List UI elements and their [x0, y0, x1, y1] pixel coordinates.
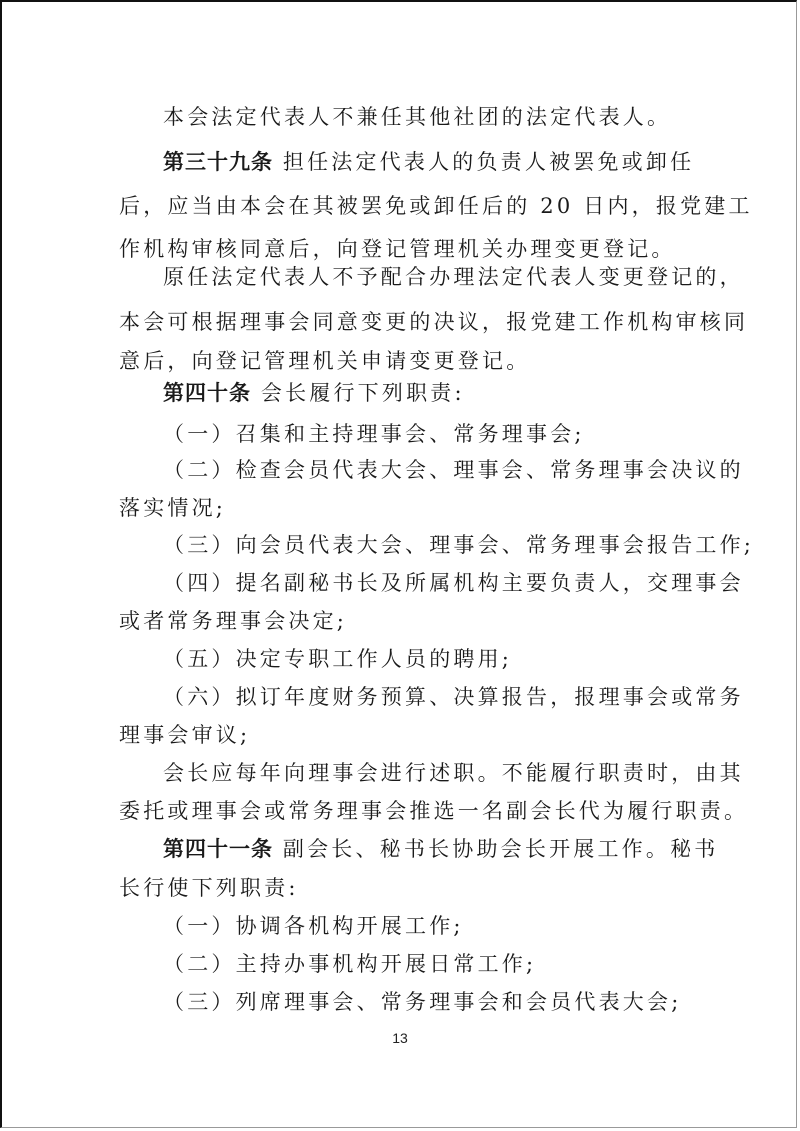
paragraph-line: 作机构审核同意后，向登记管理机关办理变更登记。 [119, 237, 676, 261]
list-item: （一）召集和主持理事会、常务理事会; [163, 422, 585, 446]
line-text: 理事会审议; [119, 723, 250, 747]
line-text: 后，应当由本会在其被罢免或卸任后的 20 日内，报党建工 [119, 194, 753, 218]
line-text: （六）拟订年度财务预算、决算报告，报理事会或常务 [163, 685, 744, 709]
list-item: （四）提名副秘书长及所属机构主要负责人，交理事会 [163, 571, 744, 595]
page-number: 13 [0, 1030, 800, 1046]
line-text: （一）召集和主持理事会、常务理事会; [163, 422, 585, 446]
list-item: （一）协调各机构开展工作; [163, 914, 464, 938]
article-heading: 第四十一条 [163, 837, 273, 861]
list-item: （五）决定专职工作人员的聘用; [163, 647, 512, 671]
paragraph-line: 或者常务理事会决定; [119, 609, 347, 633]
line-text: 委托或理事会或常务理事会推选一名副会长代为履行职责。 [119, 799, 748, 823]
line-text: 落实情况; [119, 496, 226, 520]
paragraph-line: 会长应每年向理事会进行述职。不能履行职责时，由其 [163, 761, 744, 785]
line-text: （五）决定专职工作人员的聘用; [163, 647, 512, 671]
list-item: （二）主持办事机构开展日常工作; [163, 952, 536, 976]
line-text: （二）检查会员代表大会、理事会、常务理事会决议的 [163, 458, 744, 482]
line-text: 本会可根据理事会同意变更的决议，报党建工作机构审核同 [119, 310, 748, 334]
article-heading: 第三十九条 [163, 150, 273, 174]
article-heading: 第四十条 [163, 381, 251, 405]
line-text: 本会法定代表人不兼任其他社团的法定代表人。 [163, 105, 671, 129]
list-item: （三）列席理事会、常务理事会和会员代表大会; [163, 990, 681, 1014]
line-text: 会长履行下列职责: [251, 381, 465, 405]
paragraph-line: 落实情况; [119, 496, 226, 520]
article-40-line: 第四十条 会长履行下列职责: [163, 381, 465, 405]
line-text: （四）提名副秘书长及所属机构主要负责人，交理事会 [163, 571, 744, 595]
line-text: （三）向会员代表大会、理事会、常务理事会报告工作; [163, 533, 754, 557]
article-41-line: 第四十一条 副会长、秘书长协助会长开展工作。秘书 [163, 837, 718, 861]
line-text: 意后，向登记管理机关申请变更登记。 [119, 349, 530, 373]
line-text: 会长应每年向理事会进行述职。不能履行职责时，由其 [163, 761, 744, 785]
paragraph-line: 原任法定代表人不予配合办理法定代表人变更登记的， [163, 265, 744, 289]
paragraph-line: 本会法定代表人不兼任其他社团的法定代表人。 [163, 105, 671, 129]
paragraph-line: 后，应当由本会在其被罢免或卸任后的 20 日内，报党建工 [119, 194, 753, 218]
line-text: 副会长、秘书长协助会长开展工作。秘书 [273, 837, 718, 861]
paragraph-line: 本会可根据理事会同意变更的决议，报党建工作机构审核同 [119, 310, 748, 334]
paragraph-line: 理事会审议; [119, 723, 250, 747]
paragraph-line: 委托或理事会或常务理事会推选一名副会长代为履行职责。 [119, 799, 748, 823]
list-item: （六）拟订年度财务预算、决算报告，报理事会或常务 [163, 685, 744, 709]
paragraph-line: 长行使下列职责: [119, 876, 299, 900]
article-39-line: 第三十九条 担任法定代表人的负责人被罢免或卸任 [163, 150, 694, 174]
list-item: （二）检查会员代表大会、理事会、常务理事会决议的 [163, 458, 744, 482]
line-text: 作机构审核同意后，向登记管理机关办理变更登记。 [119, 237, 676, 261]
line-text: （二）主持办事机构开展日常工作; [163, 952, 536, 976]
line-text: 担任法定代表人的负责人被罢免或卸任 [273, 150, 694, 174]
line-text: （三）列席理事会、常务理事会和会员代表大会; [163, 990, 681, 1014]
list-item: （三）向会员代表大会、理事会、常务理事会报告工作; [163, 533, 754, 557]
line-text: 或者常务理事会决定; [119, 609, 347, 633]
line-text: 原任法定代表人不予配合办理法定代表人变更登记的， [163, 265, 744, 289]
paragraph-line: 意后，向登记管理机关申请变更登记。 [119, 349, 530, 373]
line-text: （一）协调各机构开展工作; [163, 914, 464, 938]
line-text: 长行使下列职责: [119, 876, 299, 900]
